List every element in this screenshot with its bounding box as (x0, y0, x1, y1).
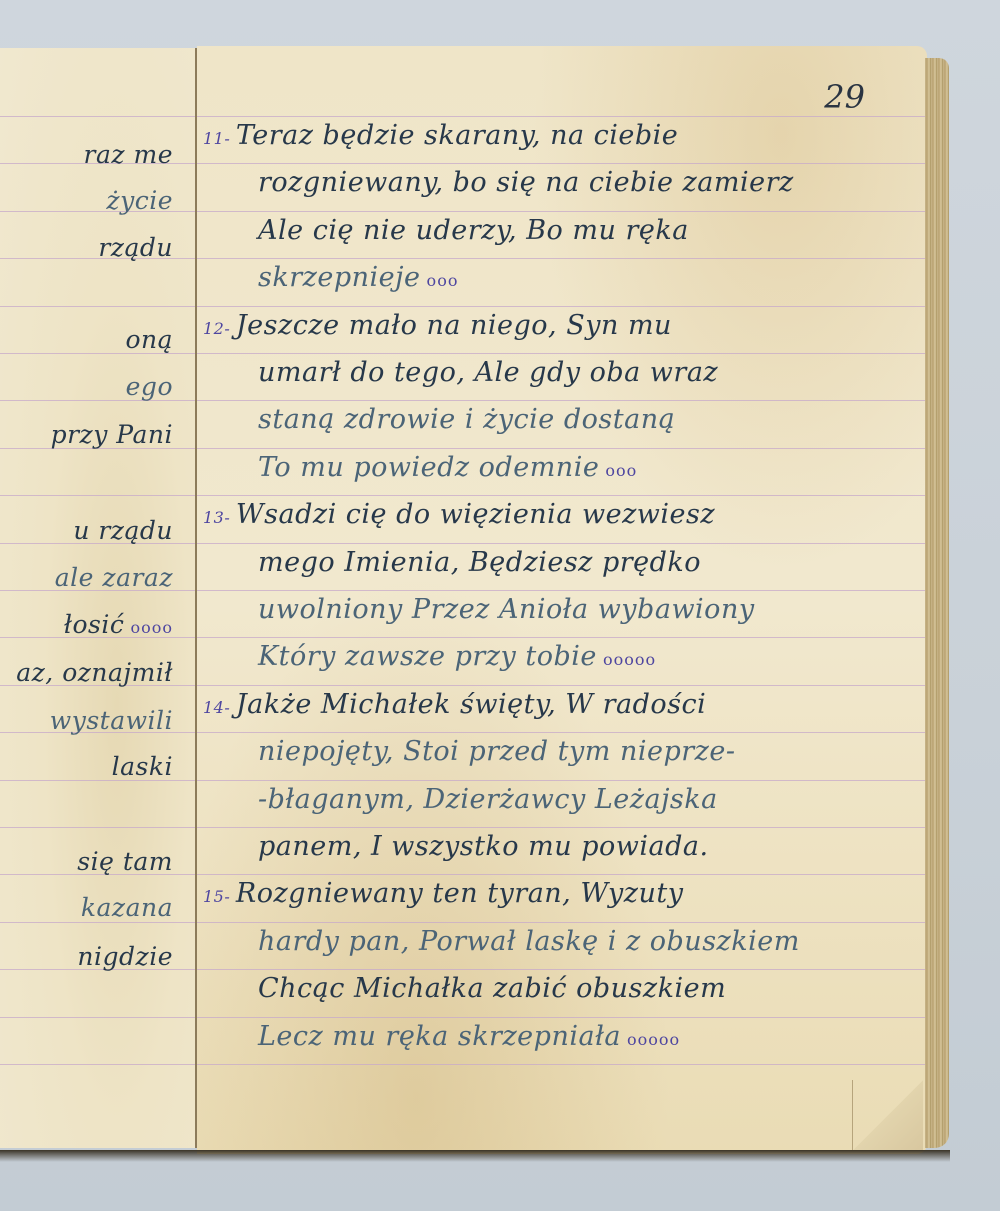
ruled-line (197, 827, 927, 828)
left-handwritten-line: życie (106, 186, 173, 215)
book-bottom-edge (0, 1150, 950, 1162)
line-text: Jakże Michałek święty, W radości (236, 689, 706, 720)
ending-dots: ooooo (621, 1030, 680, 1049)
line-text: panem, I wszystko mu powiada. (258, 831, 709, 862)
handwritten-line: skrzepnieje ooo (258, 262, 458, 293)
line-text: oną (125, 325, 173, 354)
ruled-line (0, 306, 195, 307)
handwritten-line: To mu powiedz odemnie ooo (258, 452, 637, 483)
ruled-line (197, 874, 927, 875)
line-text: raz me (84, 140, 173, 169)
line-text: u rządu (73, 516, 173, 545)
line-text: się tam (77, 847, 173, 876)
handwritten-line: hardy pan, Porwał laskę i z obuszkiem (258, 926, 800, 957)
stanza-number: 14- (203, 698, 236, 717)
dog-eared-corner (852, 1080, 923, 1150)
line-text: mego Imienia, Będziesz prędko (258, 547, 701, 578)
line-text: ego (126, 372, 173, 401)
ruled-line (197, 306, 927, 307)
line-text: umarł do tego, Ale gdy oba wraz (258, 357, 718, 388)
ruled-line (0, 1064, 195, 1065)
left-handwritten-line: raz me (84, 140, 173, 169)
ruled-line (197, 258, 927, 259)
handwritten-line: niepojęty, Stoi przed tym nieprze- (258, 736, 735, 767)
left-handwritten-line: łosić oooo (64, 610, 173, 639)
line-text: Ale cię nie uderzy, Bo mu ręka (258, 215, 689, 246)
line-text: laski (112, 752, 173, 781)
handwritten-line: 12- Jeszcze mało na niego, Syn mu (203, 310, 672, 341)
stanza-number: 13- (203, 508, 236, 527)
line-text: uwolniony Przez Anioła wybawiony (258, 594, 755, 625)
right-page: 29 11- Teraz będzie skarany, na ciebiero… (197, 46, 927, 1154)
ruled-line (0, 116, 195, 117)
left-handwritten-line: kazana (81, 893, 173, 922)
ruled-line (197, 969, 927, 970)
line-text: To mu powiedz odemnie (258, 452, 599, 483)
ending-dots: ooo (420, 271, 458, 290)
handwritten-line: Który zawsze przy tobie ooooo (258, 641, 656, 672)
ruled-line (197, 211, 927, 212)
left-handwritten-line: wystawili (50, 706, 173, 735)
line-text: życie (106, 186, 173, 215)
handwritten-line: staną zdrowie i życie dostaną (258, 404, 675, 435)
ending-dots: oooo (124, 618, 173, 637)
left-handwritten-line: ale zaraz (55, 563, 173, 592)
ruled-line (0, 495, 195, 496)
line-text: Wsadzi cię do więzienia wezwiesz (236, 499, 715, 530)
handwritten-line: uwolniony Przez Anioła wybawiony (258, 594, 755, 625)
left-handwritten-line: się tam (77, 847, 173, 876)
line-text: Chcąc Michałka zabić obuszkiem (258, 973, 726, 1004)
handwritten-line: -błaganym, Dzierżawcy Leżajska (258, 784, 718, 815)
ruled-line (0, 827, 195, 828)
left-handwritten-line: laski (112, 752, 173, 781)
ruled-line (197, 495, 927, 496)
handwritten-line: panem, I wszystko mu powiada. (258, 831, 709, 862)
handwritten-line: 13- Wsadzi cię do więzienia wezwiesz (203, 499, 715, 530)
line-text: staną zdrowie i życie dostaną (258, 404, 675, 435)
ruled-line (197, 732, 927, 733)
line-text: hardy pan, Porwał laskę i z obuszkiem (258, 926, 800, 957)
stanza-number: 15- (203, 887, 236, 906)
handwritten-line: Lecz mu ręka skrzepniała ooooo (258, 1021, 680, 1052)
ruled-line (197, 163, 927, 164)
line-text: wystawili (50, 706, 173, 735)
ending-dots: ooooo (597, 650, 656, 669)
left-handwritten-line: nigdzie (77, 942, 173, 971)
ruled-line (197, 1017, 927, 1018)
stanza-number: 12- (203, 319, 236, 338)
line-text: niepojęty, Stoi przed tym nieprze- (258, 736, 735, 767)
handwritten-line: rozgniewany, bo się na ciebie zamierz (258, 167, 794, 198)
ruled-line (197, 353, 927, 354)
page-edges (925, 58, 949, 1148)
ruled-line (197, 1064, 927, 1065)
left-handwritten-line: u rządu (73, 516, 173, 545)
line-text: rozgniewany, bo się na ciebie zamierz (258, 167, 794, 198)
line-text: przy Pani (51, 420, 173, 449)
ending-dots: ooo (599, 461, 637, 480)
line-text: ale zaraz (55, 563, 173, 592)
ruled-line (197, 590, 927, 591)
left-handwritten-line: az, oznajmił (16, 658, 173, 687)
line-text: Rozgniewany ten tyran, Wyzuty (236, 878, 684, 909)
ruled-line (197, 400, 927, 401)
ruled-line (197, 116, 927, 117)
line-text: kazana (81, 893, 173, 922)
ruled-line (197, 685, 927, 686)
line-text: Teraz będzie skarany, na ciebie (236, 120, 678, 151)
handwritten-line: umarł do tego, Ale gdy oba wraz (258, 357, 718, 388)
line-text: skrzepnieje (258, 262, 420, 293)
left-page: raz meżycierząduonąegoprzy Paniu rządual… (0, 48, 197, 1148)
ruled-line (197, 637, 927, 638)
left-handwritten-line: przy Pani (51, 420, 173, 449)
left-handwritten-line: ego (126, 372, 173, 401)
line-text: Lecz mu ręka skrzepniała (258, 1021, 621, 1052)
page-number: 29 (824, 78, 865, 116)
handwritten-line: Ale cię nie uderzy, Bo mu ręka (258, 215, 689, 246)
handwritten-line: mego Imienia, Będziesz prędko (258, 547, 701, 578)
ruled-line (197, 543, 927, 544)
ruled-line (197, 780, 927, 781)
line-text: rządu (98, 233, 173, 262)
stanza-number: 11- (203, 129, 236, 148)
handwritten-line: 11- Teraz będzie skarany, na ciebie (203, 120, 678, 151)
line-text: łosić (64, 610, 124, 639)
line-text: nigdzie (77, 942, 173, 971)
left-handwritten-line: oną (125, 325, 173, 354)
handwritten-line: Chcąc Michałka zabić obuszkiem (258, 973, 726, 1004)
handwritten-line: 15- Rozgniewany ten tyran, Wyzuty (203, 878, 683, 909)
line-text: az, oznajmił (16, 658, 173, 687)
line-text: -błaganym, Dzierżawcy Leżajska (258, 784, 718, 815)
left-handwritten-line: rządu (98, 233, 173, 262)
ruled-line (0, 1017, 195, 1018)
ruled-line (197, 922, 927, 923)
line-text: Jeszcze mało na niego, Syn mu (236, 310, 672, 341)
line-text: Który zawsze przy tobie (258, 641, 597, 672)
ruled-line (197, 448, 927, 449)
handwritten-line: 14- Jakże Michałek święty, W radości (203, 689, 706, 720)
